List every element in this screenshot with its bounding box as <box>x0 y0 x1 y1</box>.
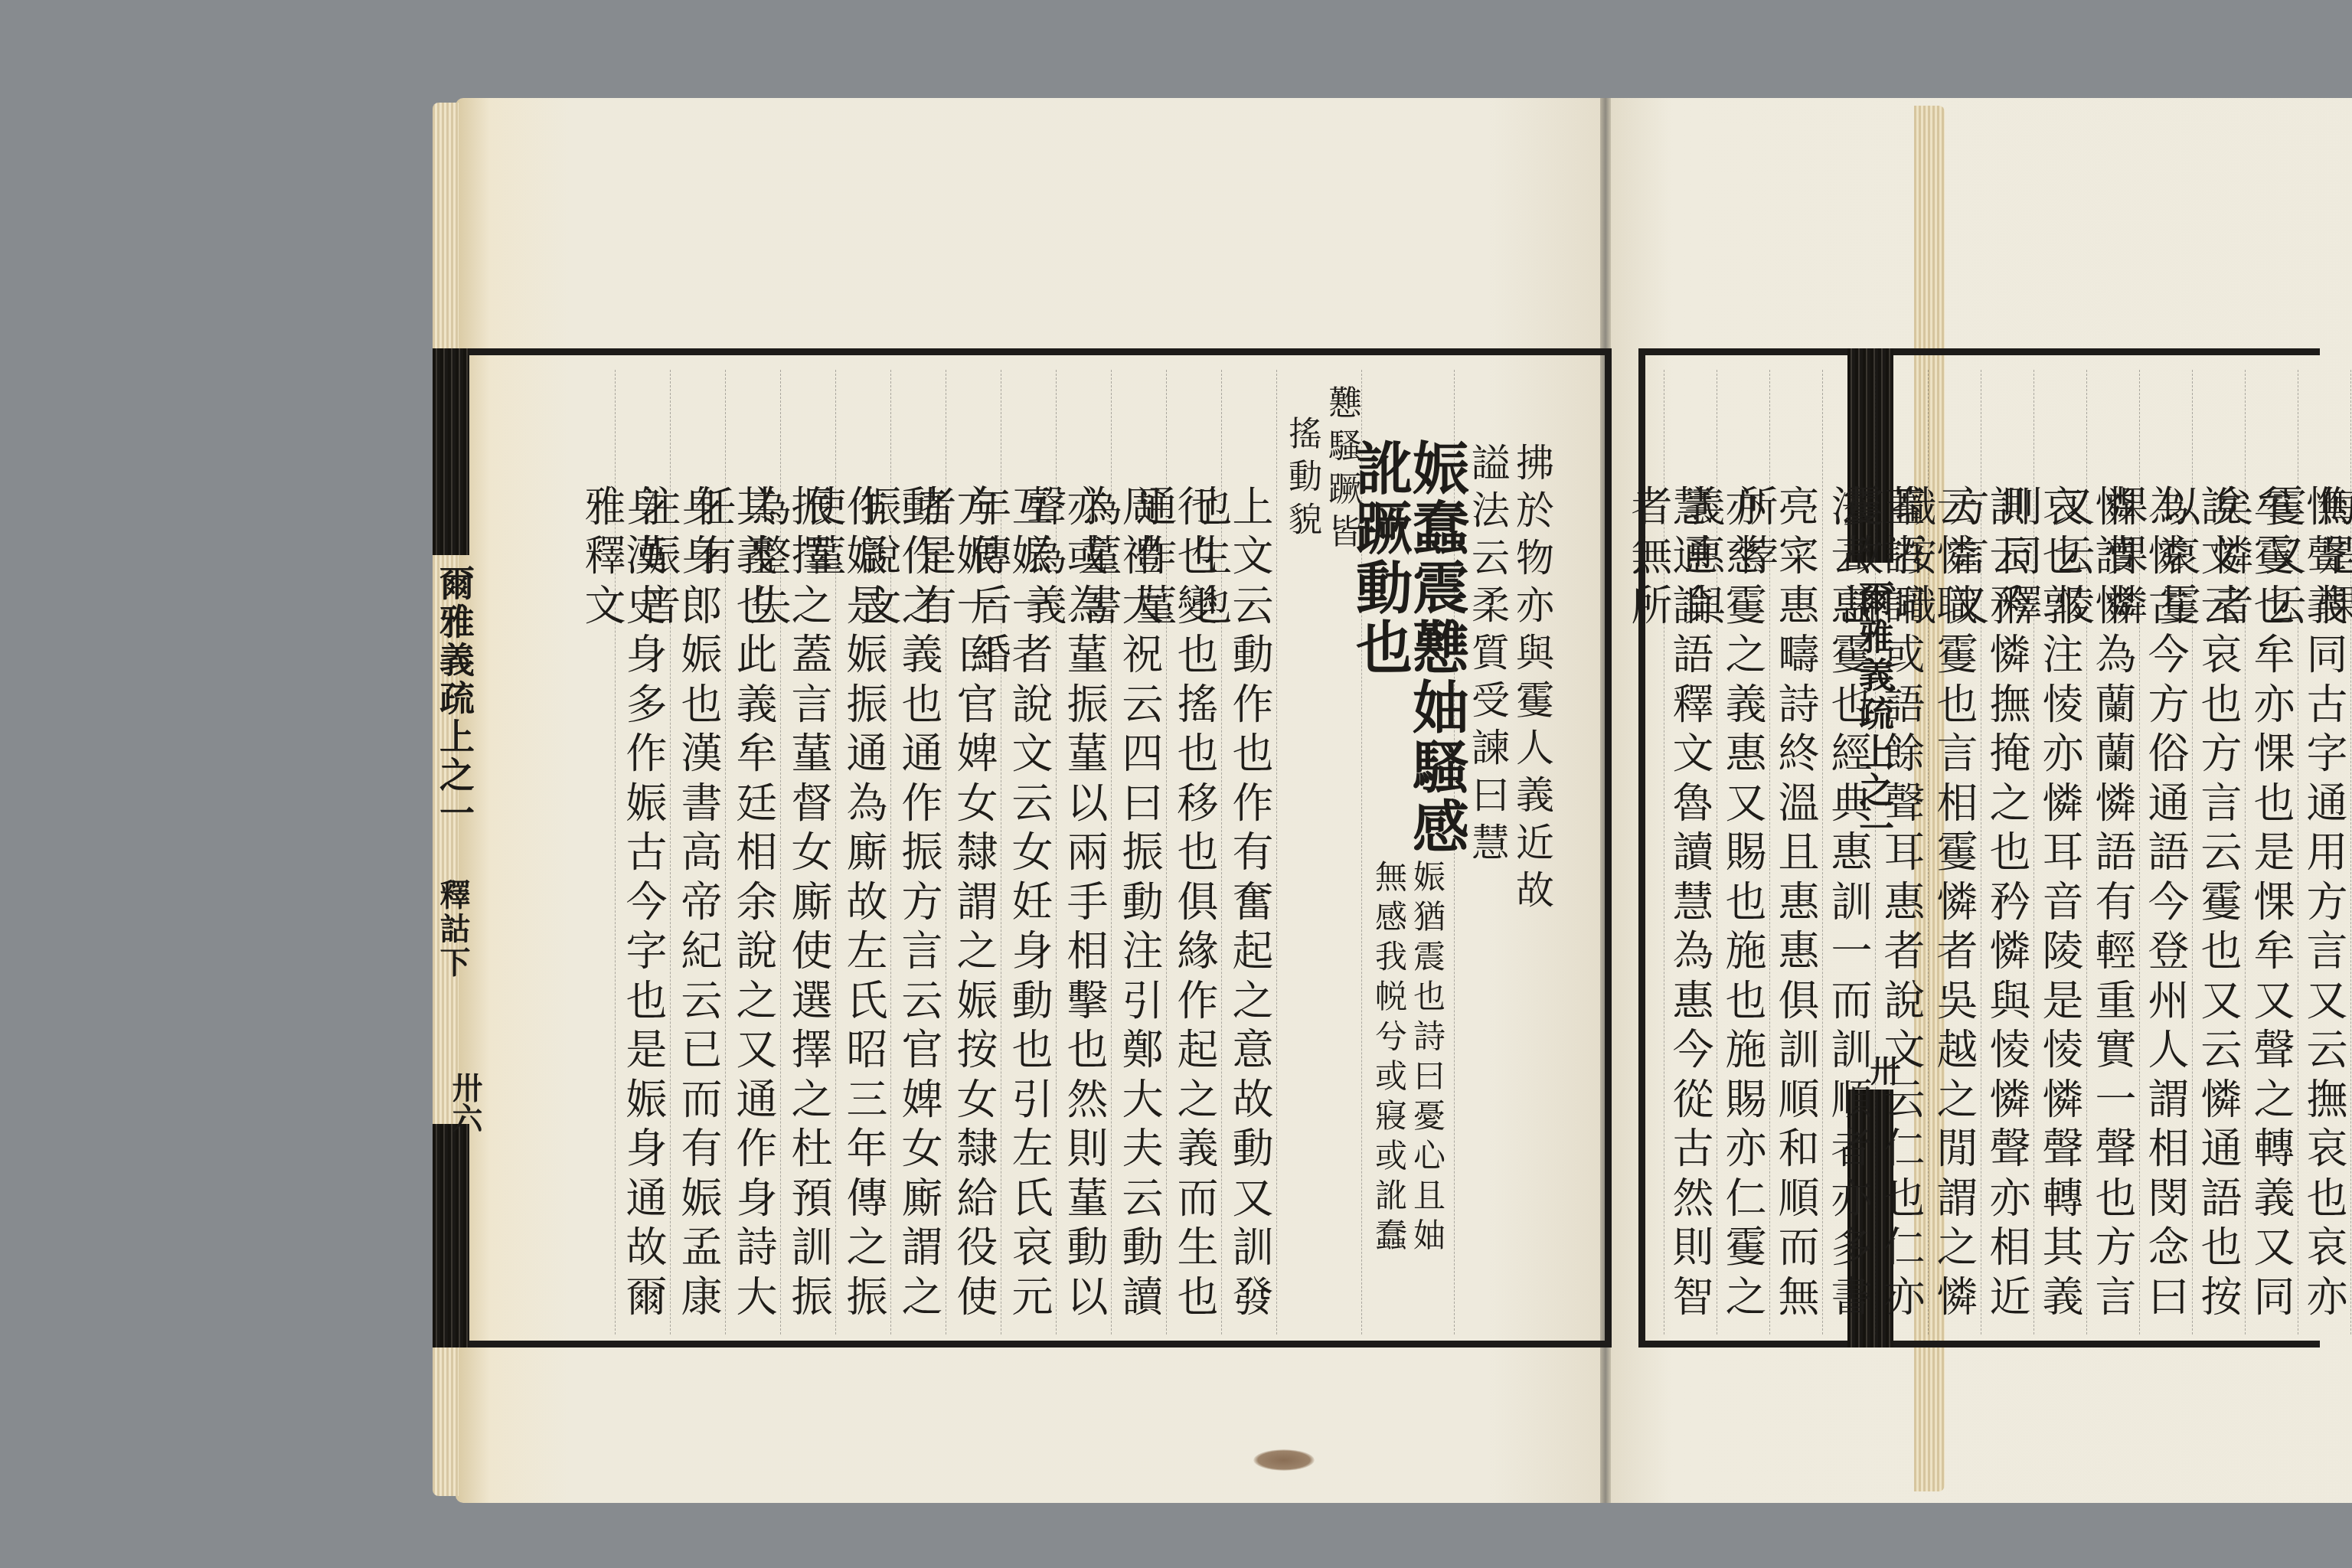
text-column: 上文云動作也作有奮起之意故動又訓發也生也 <box>1221 370 1276 1334</box>
headword: 娠蠢震戁妯騷感訛蹶動也 <box>1347 370 1469 860</box>
left-spine-title: 爾雅義疏上之一 <box>437 565 472 833</box>
left-spine-section: 釋詁下 <box>437 879 468 980</box>
text-line: 搖動貌 <box>1282 370 1321 1334</box>
text-line: 謚法云柔質受諫曰慧 <box>1465 370 1510 1334</box>
text-line: 娠猶震也詩曰憂心且妯 <box>1408 860 1446 1258</box>
right-text-block: 更篇云人主胡可以不務哀士高誘注哀䨥也是䨥 哀聲義同哀憐亦慈䨥之意也惈者方言云憐也… <box>1658 370 2352 1334</box>
left-col-headword: 娠蠢震戁妯騷感訛蹶動也 娠猶震也詩曰憂心且妯 無感我帨兮或寢或訛蠢 <box>1361 370 1454 1334</box>
open-book: 爾雅義疏上之一 釋詁下 卅六 拂於物亦與䨥人義近故 謚法云柔質受諫曰慧 娠蠢震戁… <box>433 98 1941 1507</box>
left-fishtail-bottom <box>433 1124 469 1347</box>
text-line: 無感我帨兮或寢或訛蠢 <box>1370 860 1408 1258</box>
text-column: 亮寀惠疇詩終溫且惠惠俱訓順和順而無所悖 <box>1769 370 1822 1334</box>
left-text-block: 拂於物亦與䨥人義近故 謚法云柔質受諫曰慧 娠蠢震戁妯騷感訛蹶動也 娠猶震也詩曰憂… <box>475 370 1554 1334</box>
left-col-1: 拂於物亦與䨥人義近故 謚法云柔質受諫曰慧 <box>1454 370 1554 1334</box>
left-fishtail-top <box>433 348 469 555</box>
headword-commentary: 娠猶震也詩曰憂心且妯 無感我帨兮或寢或訛蠢 <box>1370 860 1446 1258</box>
worm-damage-stain <box>1253 1449 1315 1471</box>
text-line: 拂於物亦與䨥人義近故 <box>1510 370 1554 1334</box>
